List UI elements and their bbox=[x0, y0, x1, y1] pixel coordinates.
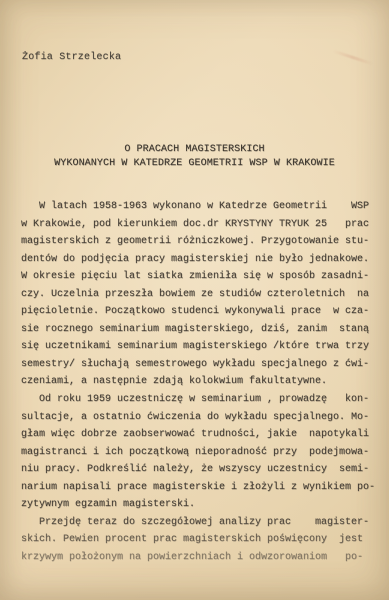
text-line: w Krakowie, pod kierunkiem doc.dr KRYSTY… bbox=[21, 216, 377, 234]
text-line: magistranci i ich początkową nieporadnoś… bbox=[21, 444, 377, 462]
title-line-2: WYKONANYCH W KATEDRZE GEOMETRII WSP W KR… bbox=[0, 157, 389, 171]
text-line: pięcioletnie. Początkowo studenci wykony… bbox=[21, 303, 377, 321]
text-line: czeniami, a następnie zdają kolokwium fa… bbox=[21, 373, 377, 391]
text-line: narium napisali prace magisterskie i zło… bbox=[21, 479, 377, 497]
author-name: Żofia Strzelecka bbox=[22, 52, 121, 64]
text-line: Od roku 1959 uczestniczę w seminarium , … bbox=[21, 391, 377, 409]
text-line: semestry/ słuchają semestrowego wykładu … bbox=[21, 356, 377, 374]
text-line: krzywym położonym na powierzchniach i od… bbox=[21, 549, 377, 567]
text-line: niu pracy. Podkreślić należy, że wszyscy… bbox=[21, 461, 377, 479]
text-line: dentów do podjęcia pracy magisterskiej n… bbox=[21, 251, 377, 269]
body-text-block: W latach 1958-1963 wykonano w Katedrze G… bbox=[21, 198, 377, 566]
text-line: zytywnym egzamin magisterski. bbox=[21, 496, 377, 514]
scanned-document-page: Żofia Strzelecka O PRACACH MAGISTERSKICH… bbox=[0, 0, 389, 600]
text-line: magisterskich z geometrii różniczkowej. … bbox=[21, 233, 377, 251]
text-line: czy. Uczelnia przeszła bowiem ze studiów… bbox=[21, 286, 377, 304]
text-line: skich. Pewien procent prac magisterskich… bbox=[21, 531, 377, 549]
title-line-1: O PRACACH MAGISTERSKICH bbox=[0, 143, 389, 157]
text-line: sultacje, a ostatnio ćwiczenia do wykład… bbox=[21, 409, 377, 427]
text-line: sie rocznego seminarium magisterskiego, … bbox=[21, 321, 377, 339]
paper-crease-mark bbox=[333, 50, 374, 66]
document-title: O PRACACH MAGISTERSKICH WYKONANYCH W KAT… bbox=[0, 143, 389, 170]
text-line: się uczetnikami seminarium magisterskieg… bbox=[21, 338, 377, 356]
text-line: Przejdę teraz do szczegółowej analizy pr… bbox=[21, 514, 377, 532]
text-line: W latach 1958-1963 wykonano w Katedrze G… bbox=[21, 198, 377, 216]
text-line: W okresie pięciu lat siatka zmieniła się… bbox=[21, 268, 377, 286]
text-line: głam więc dobrze zaobserwować trudności,… bbox=[21, 426, 377, 444]
